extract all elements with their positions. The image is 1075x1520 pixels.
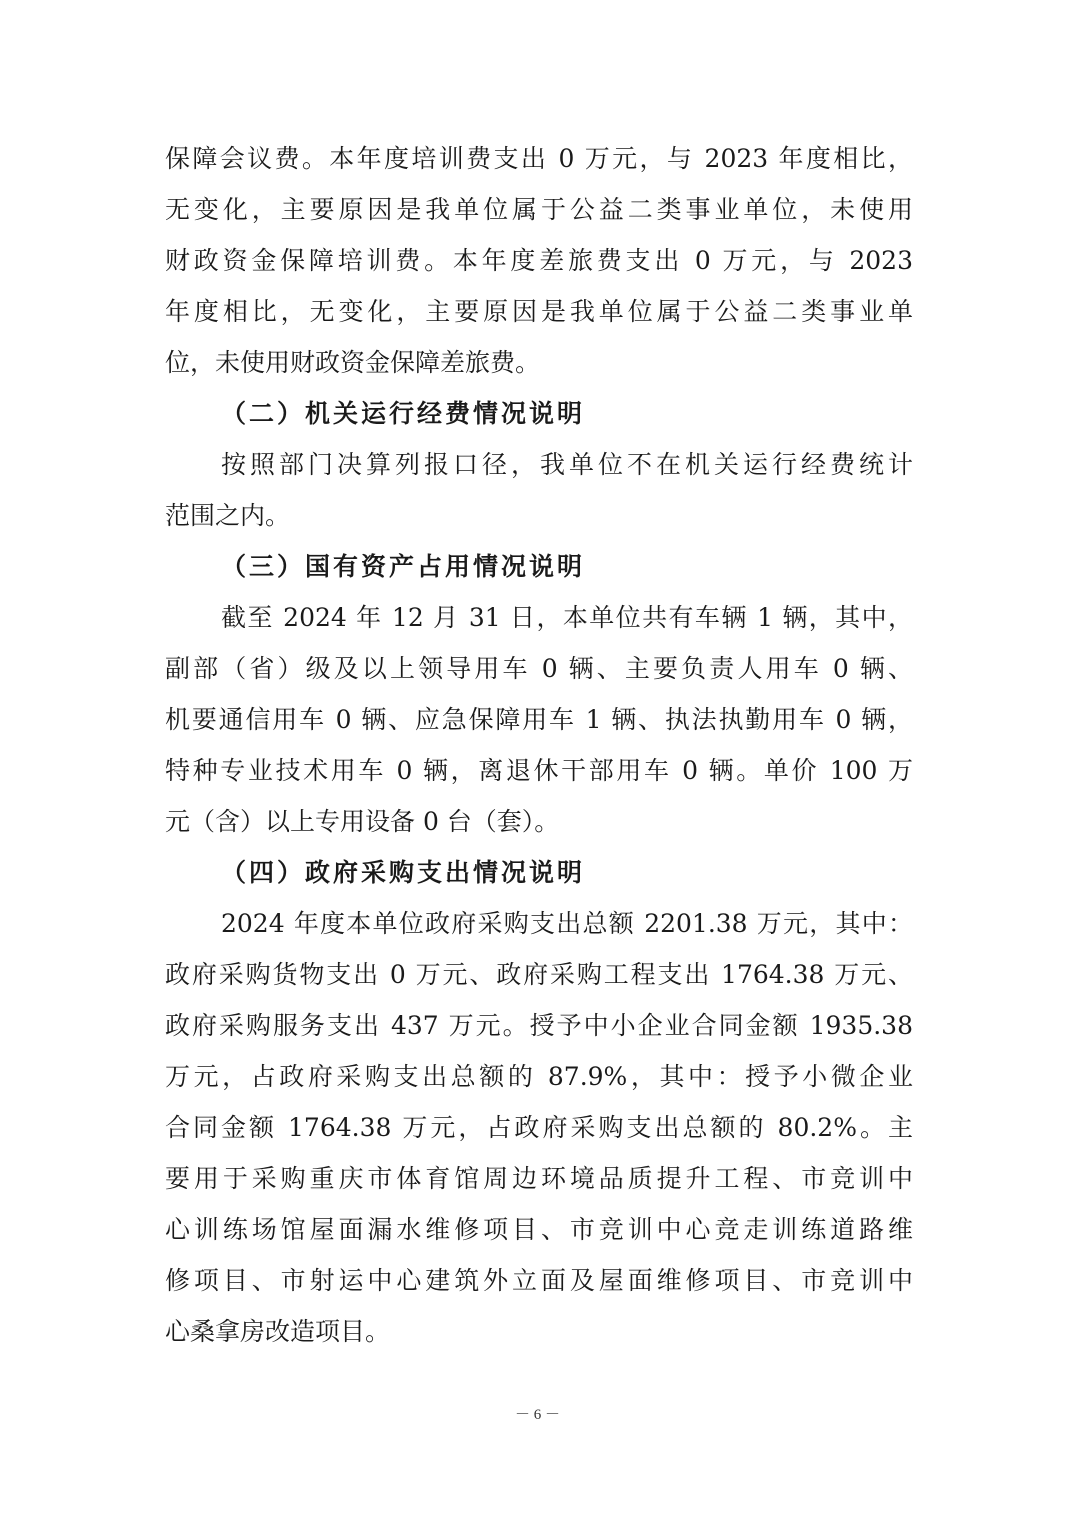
text-line: 心训练场馆屋面漏水维修项目、市竞训中心竞走训练道路维 xyxy=(165,1204,913,1255)
text-line: 无变化，主要原因是我单位属于公益二类事业单位，未使用 xyxy=(165,184,913,235)
paragraph-meeting-training-travel-expenses: 保障会议费。本年度培训费支出 0 万元，与 2023 年度相比， 无变化，主要原… xyxy=(165,133,913,388)
page-number: － 6 － xyxy=(0,1403,1075,1424)
section-heading-government-procurement: （四）政府采购支出情况说明 xyxy=(165,847,913,898)
paragraph-operating-expenses: 按照部门决算列报口径，我单位不在机关运行经费统计 范围之内。 xyxy=(165,439,913,541)
document-page: 保障会议费。本年度培训费支出 0 万元，与 2023 年度相比， 无变化，主要原… xyxy=(0,0,1075,1520)
text-line: 要用于采购重庆市体育馆周边环境品质提升工程、市竞训中 xyxy=(165,1153,913,1204)
text-line: 特种专业技术用车 0 辆，离退休干部用车 0 辆。单价 100 万 xyxy=(165,745,913,796)
paragraph-government-procurement: 2024 年度本单位政府采购支出总额 2201.38 万元，其中： 政府采购货物… xyxy=(165,898,913,1357)
text-line: 保障会议费。本年度培训费支出 0 万元，与 2023 年度相比， xyxy=(165,133,913,184)
paragraph-state-assets: 截至 2024 年 12 月 31 日，本单位共有车辆 1 辆，其中， 副部（省… xyxy=(165,592,913,847)
text-line: 心桑拿房改造项目。 xyxy=(165,1306,913,1357)
text-line: 2024 年度本单位政府采购支出总额 2201.38 万元，其中： xyxy=(165,898,913,949)
text-line: 合同金额 1764.38 万元，占政府采购支出总额的 80.2%。主 xyxy=(165,1102,913,1153)
text-line: 修项目、市射运中心建筑外立面及屋面维修项目、市竞训中 xyxy=(165,1255,913,1306)
section-heading-operating-expenses: （二）机关运行经费情况说明 xyxy=(165,388,913,439)
text-line: 截至 2024 年 12 月 31 日，本单位共有车辆 1 辆，其中， xyxy=(165,592,913,643)
text-line: 副部（省）级及以上领导用车 0 辆、主要负责人用车 0 辆、 xyxy=(165,643,913,694)
text-line: 政府采购服务支出 437 万元。授予中小企业合同金额 1935.38 xyxy=(165,1000,913,1051)
document-body: 保障会议费。本年度培训费支出 0 万元，与 2023 年度相比， 无变化，主要原… xyxy=(165,133,913,1357)
text-line: 万元，占政府采购支出总额的 87.9%，其中：授予小微企业 xyxy=(165,1051,913,1102)
text-line: 按照部门决算列报口径，我单位不在机关运行经费统计 xyxy=(165,439,913,490)
section-heading-state-assets: （三）国有资产占用情况说明 xyxy=(165,541,913,592)
text-line: 年度相比，无变化，主要原因是我单位属于公益二类事业单 xyxy=(165,286,913,337)
text-line: 机要通信用车 0 辆、应急保障用车 1 辆、执法执勤用车 0 辆， xyxy=(165,694,913,745)
text-line: 位，未使用财政资金保障差旅费。 xyxy=(165,337,913,388)
text-line: 政府采购货物支出 0 万元、政府采购工程支出 1764.38 万元、 xyxy=(165,949,913,1000)
text-line: 财政资金保障培训费。本年度差旅费支出 0 万元，与 2023 xyxy=(165,235,913,286)
text-line: 元（含）以上专用设备 0 台（套）。 xyxy=(165,796,913,847)
text-line: 范围之内。 xyxy=(165,490,913,541)
